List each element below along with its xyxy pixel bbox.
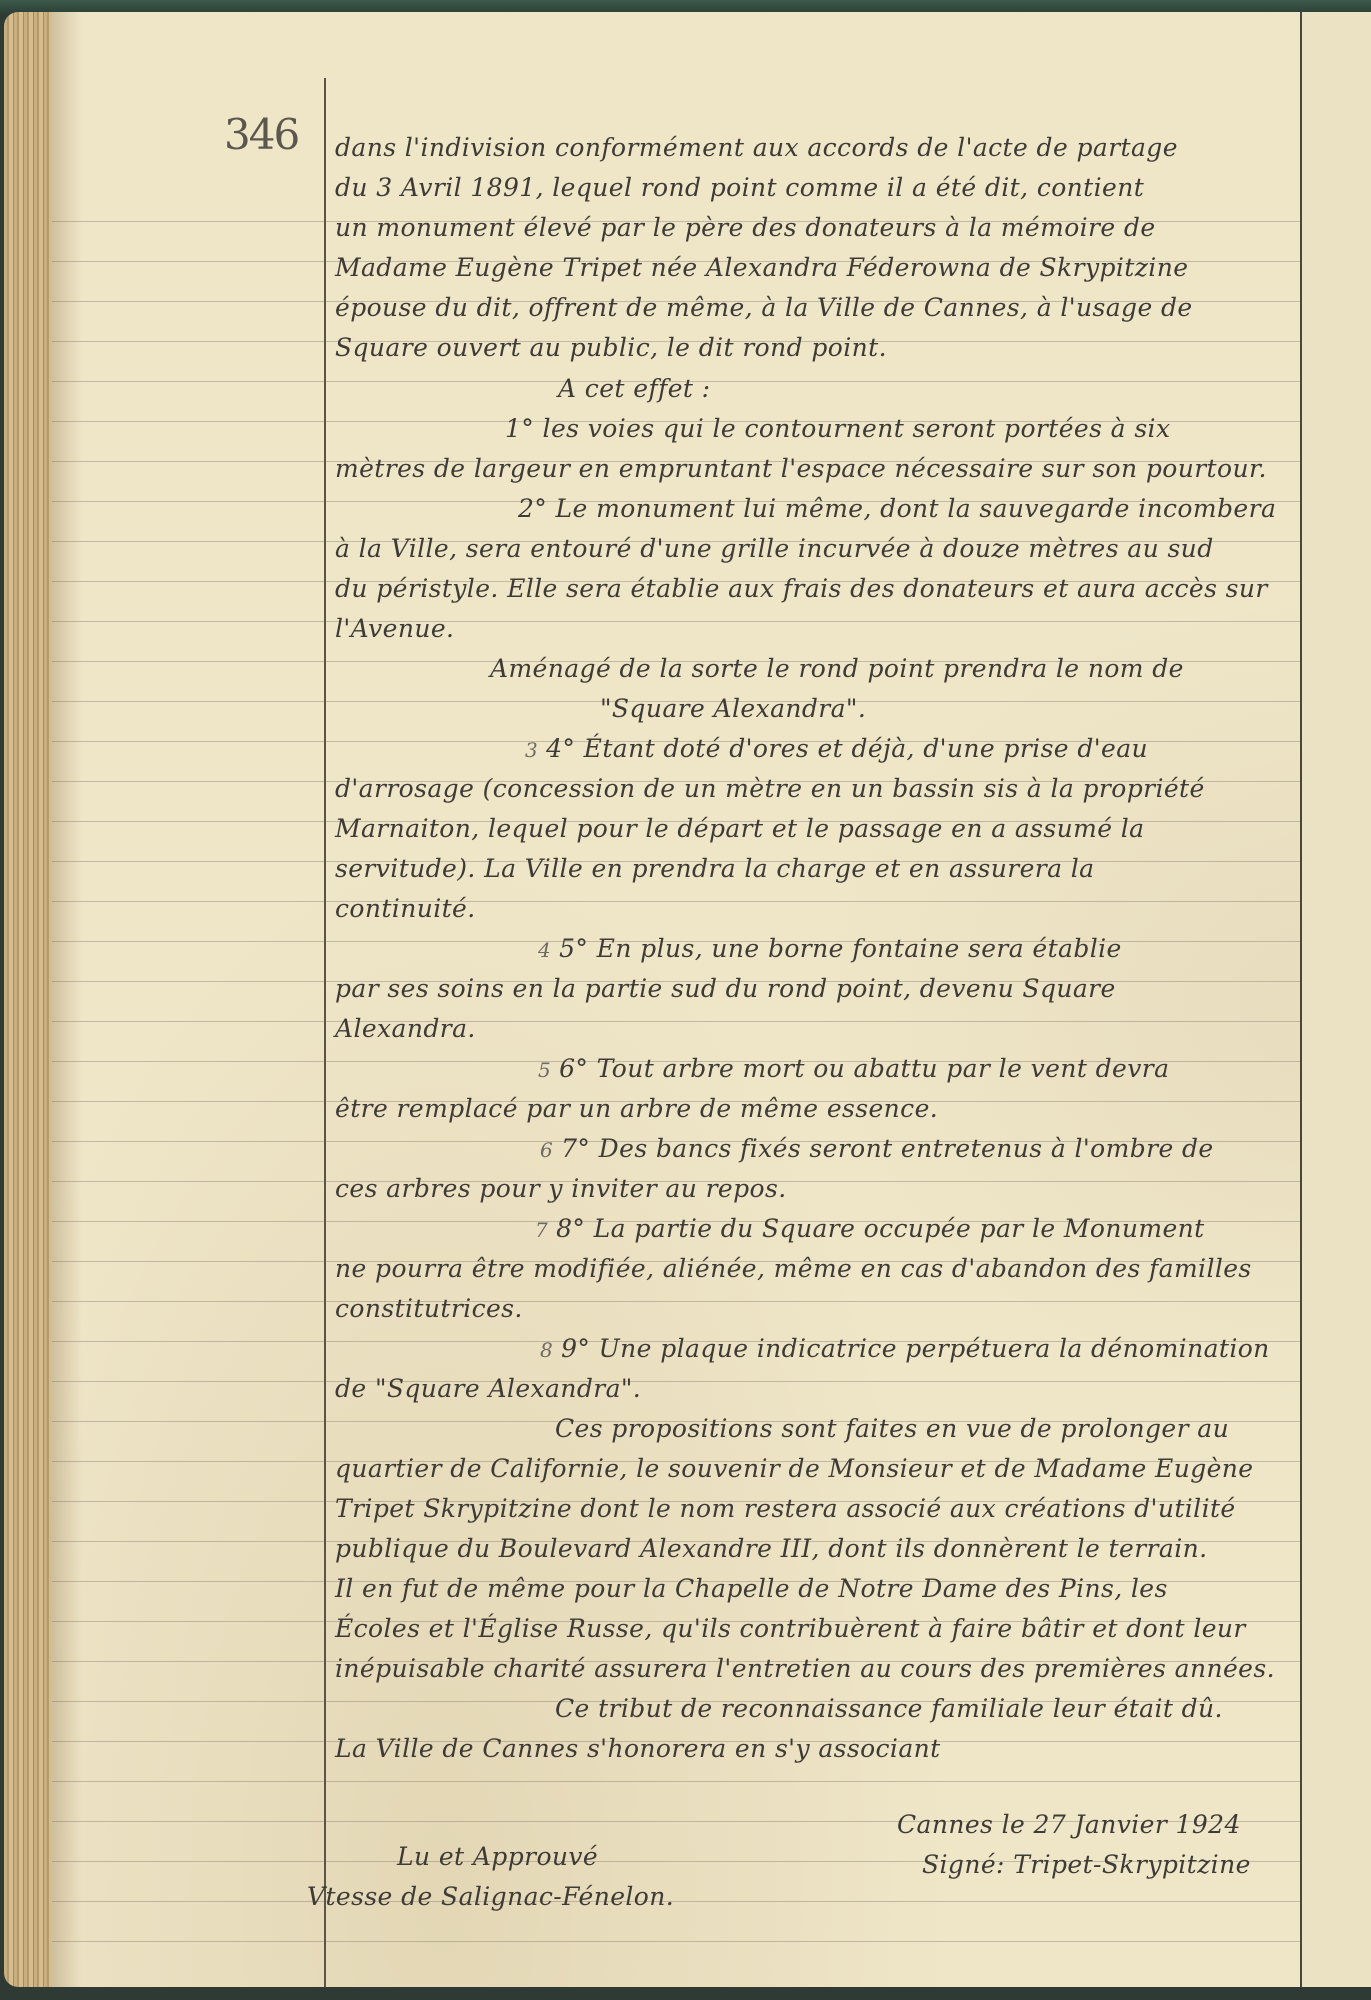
text-line: ces arbres pour y inviter au repos. — [335, 1174, 787, 1204]
line-text: Écoles et l'Église Russe, qu'ils contrib… — [335, 1614, 1246, 1643]
line-text: 6° Tout arbre mort ou abattu par le vent… — [559, 1054, 1169, 1083]
line-text: 4° Étant doté d'ores et déjà, d'une pris… — [546, 734, 1148, 763]
text-line: ne pourra être modifiée, aliénée, même e… — [335, 1254, 1252, 1284]
text-line: 1° les voies qui le contournent seront p… — [505, 414, 1170, 444]
text-line: 78° La partie du Square occupée par le M… — [535, 1214, 1205, 1245]
line-text: de "Square Alexandra". — [335, 1374, 641, 1403]
line-text: Aménagé de la sorte le rond point prendr… — [490, 654, 1184, 683]
line-text: Alexandra. — [335, 1014, 476, 1043]
text-line: continuité. — [335, 894, 476, 924]
line-text: inépuisable charité assurera l'entretien… — [335, 1654, 1275, 1683]
line-text: constitutrices. — [335, 1294, 523, 1323]
text-line: par ses soins en la partie sud du rond p… — [335, 974, 1116, 1004]
text-line: Ces propositions sont faites en vue de p… — [555, 1414, 1229, 1444]
text-line: épouse du dit, offrent de même, à la Vil… — [335, 293, 1193, 323]
text-line: A cet effet : — [558, 374, 711, 404]
line-text: à la Ville, sera entouré d'une grille in… — [335, 534, 1214, 563]
line-text: d'arrosage (concession de un mètre en un… — [335, 774, 1205, 803]
line-text: ne pourra être modifiée, aliénée, même e… — [335, 1254, 1252, 1283]
line-text: être remplacé par un arbre de même essen… — [335, 1094, 938, 1123]
signature-place-date: Cannes le 27 Janvier 1924 — [897, 1810, 1241, 1840]
approver-signature: Vtesse de Salignac-Fénelon. — [307, 1882, 674, 1912]
text-line: constitutrices. — [335, 1294, 523, 1324]
text-line: un monument élevé par le père des donate… — [335, 213, 1156, 243]
text-line: La Ville de Cannes s'honorera en s'y ass… — [335, 1734, 941, 1764]
text-line: quartier de Californie, le souvenir de M… — [335, 1454, 1254, 1484]
line-text: dans l'indivision conformément aux accor… — [335, 133, 1178, 162]
line-text: Il en fut de même pour la Chapelle de No… — [335, 1574, 1168, 1603]
line-text: ces arbres pour y inviter au repos. — [335, 1174, 787, 1203]
page-number: 346 — [224, 110, 298, 159]
line-text: du 3 Avril 1891, lequel rond point comme… — [335, 173, 1144, 202]
line-text: publique du Boulevard Alexandre III, don… — [335, 1534, 1207, 1563]
line-text: un monument élevé par le père des donate… — [335, 213, 1156, 242]
line-text: servitude). La Ville en prendra la charg… — [335, 854, 1094, 883]
line-text: 1° les voies qui le contournent seront p… — [505, 414, 1170, 443]
text-line: Ce tribut de reconnaissance familiale le… — [555, 1694, 1223, 1724]
text-line: 56° Tout arbre mort ou abattu par le ven… — [538, 1054, 1169, 1085]
line-text: l'Avenue. — [335, 614, 454, 643]
text-line: mètres de largeur en empruntant l'espace… — [335, 454, 1267, 484]
line-text: A cet effet : — [558, 374, 711, 403]
margin-number: 6 — [540, 1138, 553, 1162]
line-text: 5° En plus, une borne fontaine sera étab… — [559, 934, 1122, 963]
text-line: de "Square Alexandra". — [335, 1374, 641, 1404]
text-line: d'arrosage (concession de un mètre en un… — [335, 774, 1205, 804]
line-text: 8° La partie du Square occupée par le Mo… — [556, 1214, 1204, 1243]
text-line: Marnaiton, lequel pour le départ et le p… — [335, 814, 1144, 844]
text-line: Aménagé de la sorte le rond point prendr… — [490, 654, 1184, 684]
text-line: servitude). La Ville en prendra la charg… — [335, 854, 1094, 884]
text-line: Écoles et l'Église Russe, qu'ils contrib… — [335, 1614, 1246, 1644]
margin-number: 4 — [538, 938, 551, 962]
text-line: inépuisable charité assurera l'entretien… — [335, 1654, 1275, 1684]
line-text: 9° Une plaque indicatrice perpétuera la … — [561, 1334, 1270, 1363]
text-line: 2° Le monument lui même, dont la sauvega… — [518, 494, 1276, 524]
line-text: "Square Alexandra". — [600, 694, 866, 723]
text-line: à la Ville, sera entouré d'une grille in… — [335, 534, 1214, 564]
text-line: 45° En plus, une borne fontaine sera éta… — [538, 934, 1122, 965]
margin-line — [324, 78, 326, 1987]
line-text: Madame Eugène Tripet née Alexandra Féder… — [335, 253, 1188, 282]
line-text: mètres de largeur en empruntant l'espace… — [335, 454, 1267, 483]
line-text: continuité. — [335, 894, 476, 923]
text-line: l'Avenue. — [335, 614, 454, 644]
line-text: par ses soins en la partie sud du rond p… — [335, 974, 1116, 1003]
text-line: Alexandra. — [335, 1014, 476, 1044]
text-line: publique du Boulevard Alexandre III, don… — [335, 1534, 1207, 1564]
line-text: La Ville de Cannes s'honorera en s'y ass… — [335, 1734, 941, 1763]
line-text: épouse du dit, offrent de même, à la Vil… — [335, 293, 1193, 322]
line-text: Tripet Skrypitzine dont le nom restera a… — [335, 1494, 1236, 1523]
text-line: 34° Étant doté d'ores et déjà, d'une pri… — [525, 734, 1148, 765]
text-line: Il en fut de même pour la Chapelle de No… — [335, 1574, 1168, 1604]
line-text: du péristyle. Elle sera établie aux frai… — [335, 574, 1268, 603]
signature-name: Signé: Tripet-Skrypitzine — [922, 1850, 1251, 1880]
text-line: du péristyle. Elle sera établie aux frai… — [335, 574, 1268, 604]
line-text: Marnaiton, lequel pour le départ et le p… — [335, 814, 1144, 843]
text-line: dans l'indivision conformément aux accor… — [335, 133, 1178, 163]
approval-label: Lu et Approuvé — [397, 1842, 598, 1872]
margin-number: 8 — [540, 1338, 553, 1362]
line-text: quartier de Californie, le souvenir de M… — [335, 1454, 1254, 1483]
text-line: 89° Une plaque indicatrice perpétuera la… — [540, 1334, 1270, 1365]
text-line: Madame Eugène Tripet née Alexandra Féder… — [335, 253, 1188, 283]
text-line: du 3 Avril 1891, lequel rond point comme… — [335, 173, 1144, 203]
line-text: Ce tribut de reconnaissance familiale le… — [555, 1694, 1223, 1723]
text-line: 67° Des bancs fixés seront entretenus à … — [540, 1134, 1214, 1165]
ledger-page: 346 dans l'indivision conformément aux a… — [52, 12, 1352, 1987]
margin-number: 7 — [535, 1218, 548, 1242]
text-line: être remplacé par un arbre de même essen… — [335, 1094, 938, 1124]
line-text: 2° Le monument lui même, dont la sauvega… — [518, 494, 1276, 523]
line-text: Ces propositions sont faites en vue de p… — [555, 1414, 1229, 1443]
margin-number: 3 — [525, 738, 538, 762]
text-line: Tripet Skrypitzine dont le nom restera a… — [335, 1494, 1236, 1524]
line-text: Square ouvert au public, le dit rond poi… — [335, 333, 887, 362]
text-line: Square ouvert au public, le dit rond poi… — [335, 333, 887, 363]
line-text: 7° Des bancs fixés seront entretenus à l… — [561, 1134, 1213, 1163]
text-line: "Square Alexandra". — [600, 694, 866, 724]
margin-number: 5 — [538, 1058, 551, 1082]
adjacent-page-edge — [1302, 12, 1371, 1987]
